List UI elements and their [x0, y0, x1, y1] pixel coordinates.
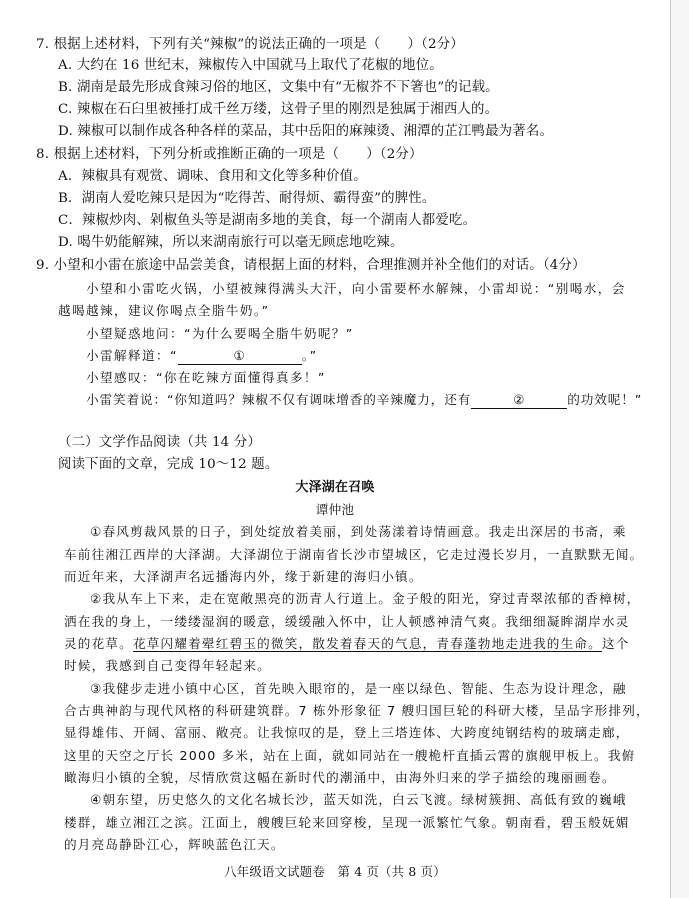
question-8-option-c: C．辣椒炒肉、剁椒鱼头等是湖南多地的美食，每一个湖南人都爱吃。 — [58, 211, 476, 231]
dialogue-answer: 小雷笑着说：“你知道吗？辣椒不仅有调味增香的辛辣魔力，还有②的功效呢！” — [86, 390, 642, 410]
paragraph-3-line-5: 瞰海归小镇的全貌，尽情欣赏这幅在新时代的潮涌中，由海外归来的学子描绘的瑰丽画卷。 — [64, 768, 616, 788]
paragraph-3-line-4: 这里的天空之厅长 2000 多米，站在上面，就如同站在一艘桅杆直插云霄的旗舰甲板… — [64, 746, 635, 766]
question-7-option-b: B. 湖南是最先形成食辣习俗的地区，文集中有“无椒芥不下箸也”的记载。 — [58, 78, 499, 98]
question-8-stem: 8. 根据上述材料，下列分析或推断正确的一项是（ ）（2分） — [36, 145, 423, 165]
paragraph-4-line-2: 楼群，雄立湘江之滨。江面上，艘艘巨轮来回穿梭，呈现一派繁忙气象。朝南看，碧玉般妩… — [64, 813, 630, 833]
dialogue-explanation-suffix: 。” — [302, 348, 318, 363]
article-author: 谭仲池 — [0, 500, 670, 520]
document-page: 7. 根据上述材料，下列有关“辣椒”的说法正确的一项是（ ）（2分） A. 大约… — [0, 0, 670, 898]
question-7-stem: 7. 根据上述材料，下列有关“辣椒”的说法正确的一项是（ ）（2分） — [36, 35, 464, 55]
dialogue-intro-cont: 越喝越辣，建议你喝点全脂牛奶。” — [58, 301, 270, 321]
article-title: 大泽湖在召唤 — [0, 478, 670, 498]
question-9-stem: 9. 小望和小雷在旅途中品尝美食，请根据上面的材料，合理推测并补全他们的对话。（… — [36, 256, 586, 276]
paragraph-3-line-3: 显得雄伟、开阔、富丽、敞亮。让我惊叹的是，登上三塔连体、大跨度纯钢结构的玻璃走廊… — [64, 723, 630, 743]
dialogue-answer-suffix: 的功效呢！” — [567, 392, 642, 407]
paragraph-2-line-2: 洒在我的身上，一缕缕湿润的暖意，缓缓融入怀中，让人顿感神清气爽。我细细凝眸湖岸水… — [64, 612, 630, 632]
question-8-option-b: B．湖南人爱吃辣只是因为“吃得苦、耐得烦、霸得蛮”的脾性。 — [58, 189, 436, 209]
question-8-option-a: A．辣椒具有观赏、调味、食用和文化等多种价值。 — [58, 167, 367, 187]
paragraph-3-line-2: 合古典神韵与现代风格的科研建筑群。7 栋外形象征 7 艘归国巨轮的科研大楼，呈品… — [64, 701, 650, 721]
paragraph-1-line-1: ①春风剪裁风景的日子，到处绽放着美丽，到处荡漾着诗情画意。我走出深居的书斋，乘 — [90, 522, 627, 542]
dialogue-exclaim: 小望感叹：“你在吃辣方面懂得真多！” — [86, 368, 326, 388]
paragraph-1-line-2: 车前往湘江西岸的大泽湖。大泽湖位于湖南省长沙市望城区，它走过漫长岁月，一直默默无… — [64, 545, 643, 565]
question-7-option-d: D. 辣椒可以制作成各种各样的菜品，其中岳阳的麻辣烫、湘潭的芷江鸭最为著名。 — [58, 122, 553, 142]
paragraph-2-text: 灵的花草。 — [64, 636, 133, 651]
answer-blank-2[interactable]: ② — [471, 392, 567, 409]
dialogue-question: 小望疑惑地问：“为什么要喝全脂牛奶呢？” — [86, 324, 354, 344]
paragraph-2-line-4: 时候，我感到自己变得年轻起来。 — [64, 656, 271, 676]
question-7-option-c: C. 辣椒在石臼里被捶打成千丝万缕，这骨子里的刚烈是独属于湘西人的。 — [58, 100, 498, 120]
section-instruction: 阅读下面的文章，完成 10～12 题。 — [58, 455, 278, 475]
dialogue-explanation-prefix: 小雷解释道：“ — [86, 348, 178, 363]
question-8-option-d: D. 喝牛奶能解辣，所以来湖南旅行可以毫无顾虑地吃辣。 — [58, 233, 404, 253]
paragraph-2-line-3: 灵的花草。花草闪耀着翚红碧玉的微笑，散发着春天的气息，青春蓬勃地走进我的生命。这… — [64, 634, 630, 654]
question-7-option-a: A. 大约在 16 世纪末，辣椒传入中国就马上取代了花椒的地位。 — [58, 56, 443, 76]
section-heading: （二）文学作品阅读（共 14 分） — [58, 433, 261, 453]
paragraph-3-line-1: ③我健步走进小镇中心区，首先映入眼帘的，是一座以绿色、智能、生态为设计理念，融 — [90, 679, 627, 699]
page-footer: 八年级语文试题卷 第 4 页（共 8 页） — [0, 862, 670, 882]
paragraph-4-line-3: 的月亮岛静卧江心，辉映蓝色江天。 — [64, 835, 285, 855]
dialogue-intro: 小望和小雷吃火锅，小望被辣得满头大汗，向小雷要杯水解辣，小雷却说：“别喝水，会 — [86, 279, 626, 299]
paragraph-1-line-3: 而近年来，大泽湖声名远播海内外，缘于新建的海归小镇。 — [64, 567, 423, 587]
answer-blank-1[interactable]: ① — [178, 348, 302, 365]
dialogue-answer-prefix: 小雷笑着说：“你知道吗？辣椒不仅有调味增香的辛辣魔力，还有 — [86, 392, 471, 407]
paragraph-2-line-1: ②我从车上下来，走在宽敞黑亮的沥青人行道上。金子般的阳光，穿过青翠浓郁的香樟树， — [90, 589, 640, 609]
paragraph-4-line-1: ④朝东望，历史悠久的文化名城长沙，蓝天如洗，白云飞渡。绿树簇拥、高低有致的巍峨 — [90, 790, 627, 810]
dialogue-explanation: 小雷解释道：“①。” — [86, 346, 318, 366]
scrollbar-track[interactable] — [670, 0, 689, 898]
underlined-sentence: 花草闪耀着翚红碧玉的微笑，散发着春天的气息，青春蓬勃地走进我的生命。 — [133, 636, 602, 651]
paragraph-2-text-end: 这个 — [602, 636, 630, 651]
